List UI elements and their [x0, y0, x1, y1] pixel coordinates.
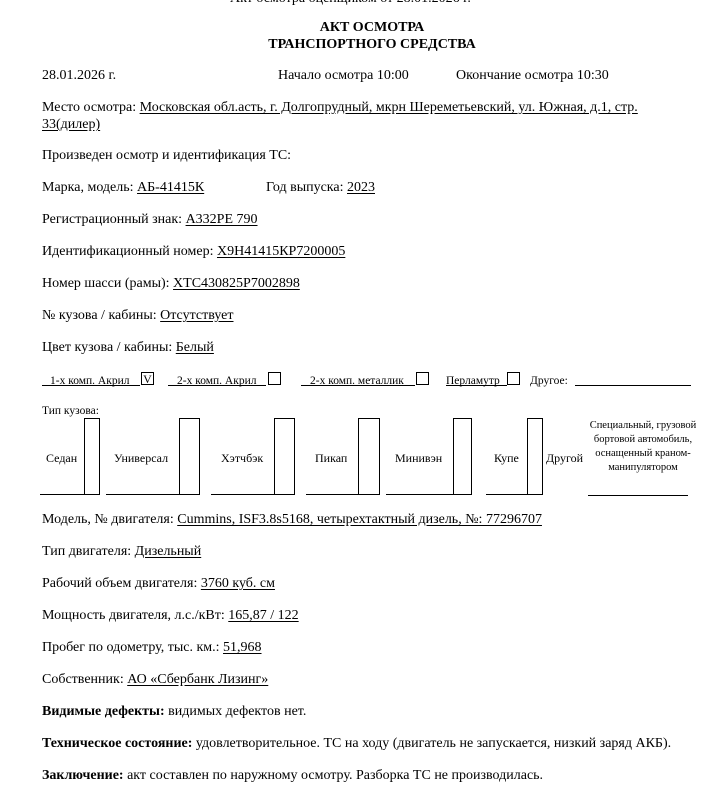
vin-field: Идентификационный номер: Х9Н41415КР72000… [42, 244, 345, 260]
make-model-label: Марка, модель: [42, 180, 134, 195]
body-type-coupe-label: Купе [494, 450, 519, 466]
document-title-line2: ТРАНСПОРТНОГО СРЕДСТВА [0, 37, 728, 53]
paint-type-checkbox-1[interactable]: V [141, 372, 154, 385]
defects-value: видимых дефектов нет. [165, 704, 307, 719]
inspection-date: 28.01.2026 г. [42, 68, 116, 84]
chassis-label: Номер шасси (рамы): [42, 276, 170, 291]
engine-volume-field: Рабочий объем двигателя: 3760 куб. см [42, 576, 275, 592]
condition-label: Техническое состояние: [42, 736, 192, 751]
vin-value: Х9Н41415КР7200005 [217, 244, 345, 259]
vin-label: Идентификационный номер: [42, 244, 213, 259]
body-type-hatchback-checkbox[interactable] [274, 418, 295, 495]
identification-heading: Произведен осмотр и идентификация ТС: [42, 148, 291, 164]
body-number-label: № кузова / кабины: [42, 308, 157, 323]
body-type-hatchback-label: Хэтчбэк [221, 450, 263, 466]
make-model-field: Марка, модель: АБ-41415К [42, 180, 204, 196]
reg-plate-field: Регистрационный знак: А332РЕ 790 [42, 212, 258, 228]
mileage-field: Пробег по одометру, тыс. км.: 51,968 [42, 640, 262, 656]
reg-plate-value: А332РЕ 790 [186, 212, 258, 227]
engine-volume-value: 3760 куб. см [201, 576, 275, 591]
body-type-minivan-label: Минивэн [395, 450, 442, 466]
body-type-label: Тип кузова: [42, 403, 99, 419]
paint-type-label-3: 2-х комп. металлик [310, 373, 404, 389]
paint-type-checkbox-2[interactable] [268, 372, 281, 385]
engine-model-value: Cummins, ISF3.8s5168, четырехтактный диз… [177, 512, 542, 527]
engine-model-field: Модель, № двигателя: Cummins, ISF3.8s516… [42, 512, 542, 528]
body-type-sedan-checkbox[interactable] [84, 418, 100, 495]
body-type-sedan-label: Седан [46, 450, 77, 466]
document-title-line1: АКТ ОСМОТРА [0, 20, 728, 36]
paint-type-checkbox-3[interactable] [416, 372, 429, 385]
condition-field: Техническое состояние: удовлетворительно… [42, 736, 671, 752]
body-type-pickup-checkbox[interactable] [358, 418, 380, 495]
mileage-value: 51,968 [223, 640, 262, 655]
engine-type-label: Тип двигателя: [42, 544, 131, 559]
body-type-other-label: Другой [546, 450, 583, 466]
paint-type-label-2: 2-х комп. Акрил [177, 373, 256, 389]
condition-value: удовлетворительное. ТС на ходу (двигател… [192, 736, 671, 751]
engine-power-value: 165,87 / 122 [228, 608, 298, 623]
body-color-value: Белый [176, 340, 214, 355]
engine-type-value: Дизельный [135, 544, 202, 559]
year-label: Год выпуска: [266, 180, 344, 195]
body-type-wagon-checkbox[interactable] [179, 418, 200, 495]
engine-power-field: Мощность двигателя, л.с./кВт: 165,87 / 1… [42, 608, 299, 624]
location-value: Московская обл.асть, г. Долгопрудный, мк… [140, 100, 638, 115]
engine-volume-label: Рабочий объем двигателя: [42, 576, 197, 591]
inspection-end-time: Окончание осмотра 10:30 [456, 68, 609, 84]
year-value: 2023 [347, 180, 375, 195]
chassis-field: Номер шасси (рамы): ХТС430825Р7002898 [42, 276, 300, 292]
engine-model-label: Модель, № двигателя: [42, 512, 174, 527]
owner-label: Собственник: [42, 672, 124, 687]
body-number-field: № кузова / кабины: Отсутствует [42, 308, 234, 324]
body-type-wagon-label: Универсал [114, 450, 168, 466]
defects-field: Видимые дефекты: видимых дефектов нет. [42, 704, 306, 720]
body-type-pickup-label: Пикап [315, 450, 347, 466]
paint-other-label: Другое: [530, 373, 568, 389]
location-value-cont: 33(дилер) [42, 117, 100, 133]
make-model-value: АБ-41415К [137, 180, 204, 195]
location-label: Место осмотра: [42, 100, 136, 115]
engine-power-label: Мощность двигателя, л.с./кВт: [42, 608, 225, 623]
reg-plate-label: Регистрационный знак: [42, 212, 182, 227]
paint-other-field[interactable] [575, 385, 691, 386]
owner-value: АО «Сбербанк Лизинг» [127, 672, 268, 687]
defects-label: Видимые дефекты: [42, 704, 165, 719]
paint-type-label-4: Перламутр [446, 373, 500, 389]
body-color-field: Цвет кузова / кабины: Белый [42, 340, 214, 356]
conclusion-label: Заключение: [42, 768, 124, 783]
engine-type-field: Тип двигателя: Дизельный [42, 544, 201, 560]
owner-field: Собственник: АО «Сбербанк Лизинг» [42, 672, 268, 688]
body-type-coupe-checkbox[interactable] [527, 418, 543, 495]
body-type-other-value: Специальный, грузовой бортовой автомобил… [588, 419, 698, 475]
body-color-label: Цвет кузова / кабины: [42, 340, 172, 355]
body-type-minivan-checkbox[interactable] [453, 418, 472, 495]
year-field: Год выпуска: 2023 [266, 180, 375, 196]
conclusion-field: Заключение: акт составлен по наружному о… [42, 768, 543, 784]
mileage-label: Пробег по одометру, тыс. км.: [42, 640, 220, 655]
inspection-start-time: Начало осмотра 10:00 [278, 68, 409, 84]
location-line1: Место осмотра: Московская обл.асть, г. Д… [42, 100, 638, 116]
paint-type-label-1: 1-х комп. Акрил [50, 373, 129, 389]
body-number-value: Отсутствует [160, 308, 233, 323]
conclusion-value: акт составлен по наружному осмотру. Разб… [124, 768, 543, 783]
body-type-other-underline [588, 495, 688, 496]
chassis-value: ХТС430825Р7002898 [173, 276, 300, 291]
cut-header-text: Акт осмотра оценщиком от 28.01.2026 г. [230, 0, 471, 7]
paint-type-checkbox-4[interactable] [507, 372, 520, 385]
